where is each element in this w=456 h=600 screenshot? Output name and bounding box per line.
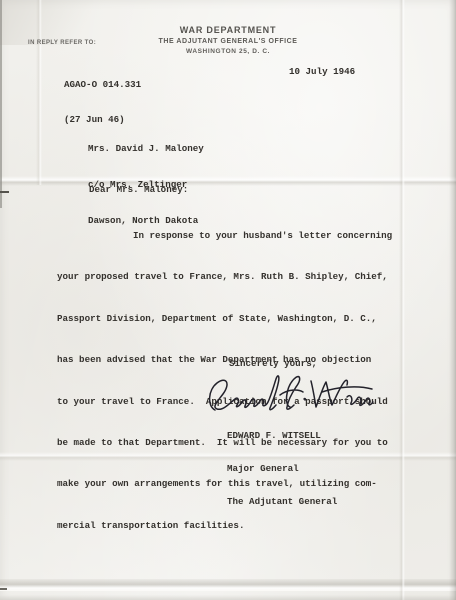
letter-date: 10 July 1946	[289, 66, 355, 77]
scan-edge-right	[449, 0, 456, 600]
body-line: In response to your husband's letter con…	[57, 226, 407, 245]
body-line: Passport Division, Department of State, …	[57, 309, 407, 328]
scan-edge-bottom	[0, 595, 456, 600]
paper-mark-bottom-left	[0, 588, 7, 590]
signer-rank: Major General	[227, 463, 337, 474]
signer-block: EDWARD F. WITSELL Major General The Adju…	[227, 408, 337, 529]
letterhead-city: WASHINGTON 25, D. C.	[0, 48, 456, 55]
body-line: your proposed travel to France, Mrs. Rut…	[57, 267, 407, 286]
scanned-letter: WAR DEPARTMENT THE ADJUTANT GENERAL'S OF…	[0, 0, 456, 600]
file-reference-number: AGAO-O 014.331	[64, 79, 141, 91]
salutation: Dear Mrs. Maloney:	[89, 184, 188, 195]
signer-title: The Adjutant General	[227, 496, 337, 507]
signature-ink	[203, 368, 375, 420]
in-reply-refer-label: IN REPLY REFER TO:	[28, 40, 96, 46]
recipient-name: Mrs. David J. Maloney	[88, 143, 204, 155]
letterhead-department: WAR DEPARTMENT	[0, 25, 456, 35]
fold-crease-top	[0, 176, 456, 186]
paper-tear-mark	[0, 191, 9, 193]
signature-edward-f-witsell	[203, 368, 375, 420]
fold-crease-edge	[0, 579, 456, 591]
signer-name: EDWARD F. WITSELL	[227, 430, 337, 441]
